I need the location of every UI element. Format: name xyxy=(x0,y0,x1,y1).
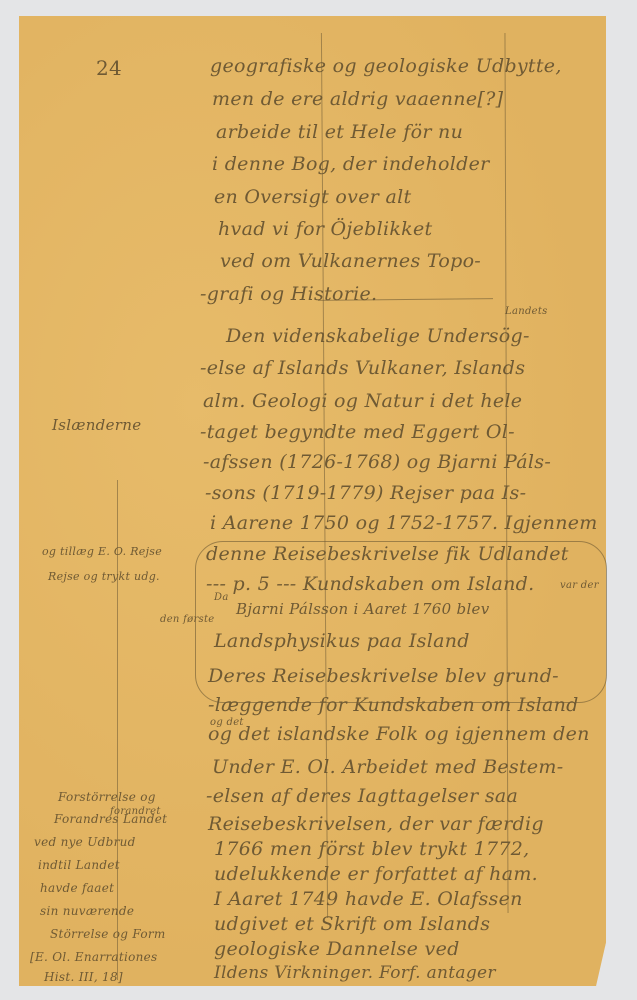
text-line: 1766 men först blev trykt 1772, xyxy=(214,838,530,860)
interlinear-note: den første xyxy=(160,614,215,625)
text-line: geografiske og geologiske Udbytte, xyxy=(210,55,562,77)
text-line: udgivet et Skrift om Islands xyxy=(214,913,490,935)
text-line: -grafi og Historie. xyxy=(200,283,377,305)
interlinear-note: Landets xyxy=(505,306,548,317)
text-line: Reisebeskrivelsen, der var færdig xyxy=(208,813,544,835)
margin-note: Forstörrelse og xyxy=(58,790,156,804)
text-line: denne Reisebeskrivelse fik Udlandet xyxy=(206,543,569,565)
text-line: og det islandske Folk og igjennem den xyxy=(208,723,590,745)
interlinear-note: var der xyxy=(560,580,599,591)
interlinear-note: Da xyxy=(214,592,229,603)
margin-note: Störrelse og Form xyxy=(50,927,166,941)
text-line: -afssen (1726-1768) og Bjarni Páls- xyxy=(203,451,551,473)
text-line: i denne Bog, der indeholder xyxy=(212,153,490,175)
text-line: --- p. 5 --- Kundskaben om Island. xyxy=(206,573,534,595)
text-line: hvad vi for Öjeblikket xyxy=(218,218,432,240)
text-line: -elsen af deres Iagttagelser saa xyxy=(206,785,518,807)
margin-note: havde faaet xyxy=(40,881,114,895)
text-line: Den videnskabelige Undersög- xyxy=(226,325,530,347)
text-line: -sons (1719-1779) Rejser paa Is- xyxy=(205,482,526,504)
text-line: udelukkende er forfattet af ham. xyxy=(214,863,538,885)
text-line: Under E. Ol. Arbeidet med Bestem- xyxy=(212,756,563,778)
text-line: -læggende for Kundskaben om Island xyxy=(208,694,579,716)
margin-note: [E. Ol. Enarrationes xyxy=(30,950,158,964)
text-line: alm. Geologi og Natur i det hele xyxy=(203,390,522,412)
margin-note: sin nuværende xyxy=(40,904,134,918)
margin-note: Islænderne xyxy=(52,416,141,434)
text-line: -taget begyndte med Eggert Ol- xyxy=(200,421,515,443)
text-line: en Oversigt over alt xyxy=(214,186,411,208)
text-line: men de ere aldrig vaaenne[?] xyxy=(212,88,503,110)
margin-note: indtil Landet xyxy=(38,858,120,872)
text-line: Landsphysikus paa Island xyxy=(214,630,470,652)
text-line: Bjarni Pálsson i Aaret 1760 blev xyxy=(236,600,490,618)
text-line: i Aarene 1750 og 1752-1757. Igjennem xyxy=(210,512,598,534)
margin-note: ved nye Udbrud xyxy=(34,835,136,849)
text-line: arbeide til et Hele för nu xyxy=(216,121,463,143)
text-line: I Aaret 1749 havde E. Olafssen xyxy=(214,888,523,910)
interlinear-note: og det xyxy=(210,717,244,728)
margin-note: Hist. III, 18] xyxy=(44,970,123,984)
margin-note: Forandres Landet xyxy=(54,812,167,826)
text-line: ved om Vulkanernes Topo- xyxy=(220,250,481,272)
text-line: -else af Islands Vulkaner, Islands xyxy=(200,357,525,379)
text-line: Deres Reisebeskrivelse blev grund- xyxy=(208,665,559,687)
margin-note: Rejse og trykt udg. xyxy=(48,570,160,583)
page-number: 24 xyxy=(96,56,122,80)
text-line: geologiske Dannelse ved xyxy=(214,938,460,960)
text-line: Ildens Virkninger. Forf. antager xyxy=(214,963,496,983)
margin-note: og tillæg E. O. Rejse xyxy=(42,545,162,558)
